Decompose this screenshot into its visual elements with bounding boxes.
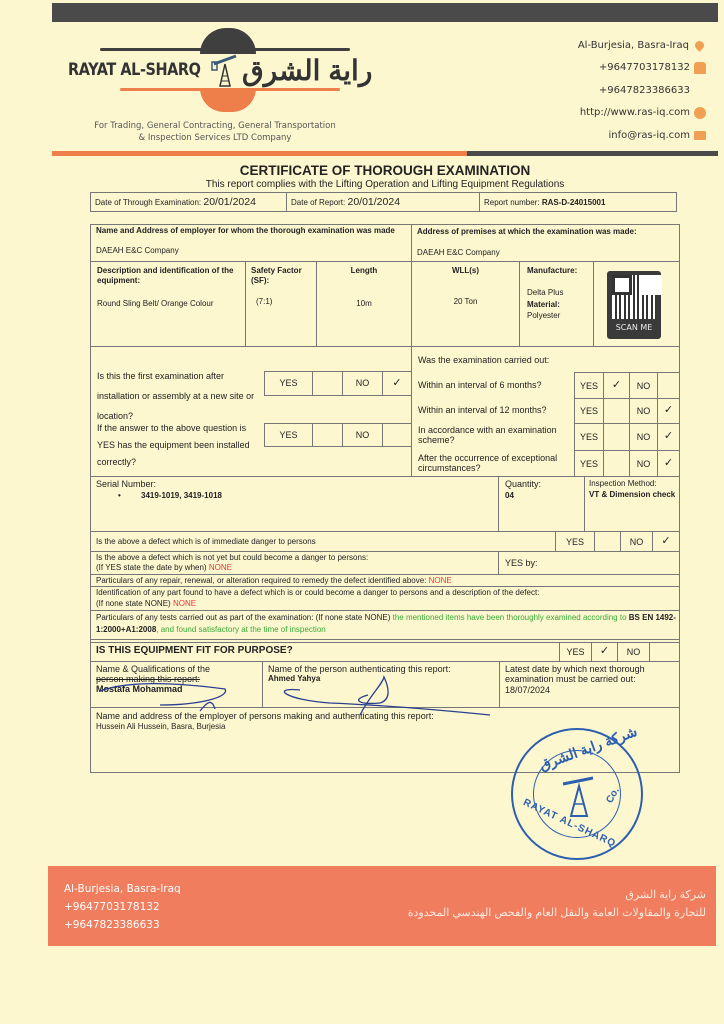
length-value: 10m [316, 299, 412, 309]
mail-icon [694, 131, 706, 140]
signature-icon [90, 675, 510, 725]
website-link[interactable]: http://www.ras-iq.com [580, 107, 690, 118]
phone-text: +9647703178132 [599, 62, 690, 73]
footer-arabic-name: شركة راية الشرق [408, 886, 706, 904]
check-icon: ✓ [657, 456, 680, 469]
report-date: 20/01/2024 [347, 196, 400, 208]
company-logo: RAYAT AL-SHARQ راية الشرق For Trading, G… [60, 24, 380, 144]
gear-icon [200, 28, 256, 54]
inspection-method: VT & Dimension check [589, 490, 677, 500]
serial-number: 3419-1019, 3419-1018 [141, 491, 222, 501]
premises-name: DAEAH E&C Company [417, 248, 500, 258]
check-icon: ✓ [382, 376, 412, 389]
question-installed-correctly: If the answer to the above question is Y… [97, 420, 257, 471]
globe-icon [694, 107, 706, 119]
location-pin-icon [693, 39, 706, 52]
safety-factor: (7:1) [256, 297, 272, 307]
dates-row: Date of Through Examination: 20/01/2024 … [90, 192, 677, 212]
defect-part-value: NONE [173, 599, 196, 608]
email-link[interactable]: info@ras-iq.com [609, 130, 690, 141]
equipment-description: Round Sling Belt/ Orange Colour [97, 297, 242, 310]
divider [467, 151, 718, 156]
divider [52, 151, 467, 156]
company-tagline: For Trading, General Contracting, Genera… [70, 120, 360, 144]
logo-arabic-text: راية الشرق [242, 54, 372, 87]
certificate-subtitle: This report complies with the Lifting Op… [0, 179, 724, 190]
check-icon: ✓ [657, 429, 680, 442]
question-first-exam: Is this the first examination after inst… [97, 366, 257, 426]
interval-header: Was the examination carried out: [418, 355, 549, 365]
qr-code-icon [612, 275, 656, 319]
next-exam-date: 18/07/2024 [505, 685, 550, 695]
repair-value: NONE [429, 576, 452, 585]
exam-date: 20/01/2024 [203, 196, 256, 208]
contact-info: Al-Burjesia, Basra-Iraq +9647703178132 +… [578, 34, 706, 147]
check-icon: ✓ [657, 403, 680, 416]
address-text: Al-Burjesia, Basra-Iraq [578, 40, 689, 51]
footer: Al-Burjesia, Basra-Iraq +9647703178132 +… [48, 866, 716, 946]
report-number: RAS-D-24015001 [542, 198, 606, 207]
certificate-title: CERTIFICATE OF THOROUGH EXAMINATION [0, 163, 724, 178]
employer-name: DAEAH E&C Company [96, 246, 179, 256]
oil-pump-icon [210, 54, 240, 88]
check-icon: ✓ [603, 378, 630, 391]
oil-pump-icon [561, 774, 597, 818]
company-stamp: شركة راية الشرق RAYAT AL-SHARQ Co. [511, 728, 643, 860]
footer-phone: +9647703178132 [64, 898, 181, 916]
gear-icon [200, 88, 256, 112]
header-bar [52, 3, 718, 22]
check-icon: ✓ [652, 534, 680, 547]
quantity-value: 04 [505, 491, 514, 501]
footer-arabic-tagline: للتجارة والمقاولات العامة والنقل العام و… [408, 904, 706, 922]
future-danger-value: NONE [209, 563, 232, 572]
bullet-icon: • [118, 491, 121, 501]
footer-phone: +9647823386633 [64, 916, 181, 934]
qr-code[interactable]: SCAN ME [607, 271, 661, 339]
wll-value: 20 Ton [411, 297, 520, 307]
phone-icon [694, 62, 706, 74]
material: Polyester [527, 311, 560, 321]
footer-address: Al-Burjesia, Basra-Iraq [64, 880, 181, 898]
fit-for-purpose-question: IS THIS EQUIPMENT FIT FOR PURPOSE? [96, 646, 293, 656]
phone-text: +9647823386633 [599, 85, 690, 96]
manufacturer: Delta Plus [527, 288, 563, 298]
check-icon: ✓ [591, 644, 618, 657]
logo-text: RAYAT AL-SHARQ [68, 60, 200, 80]
